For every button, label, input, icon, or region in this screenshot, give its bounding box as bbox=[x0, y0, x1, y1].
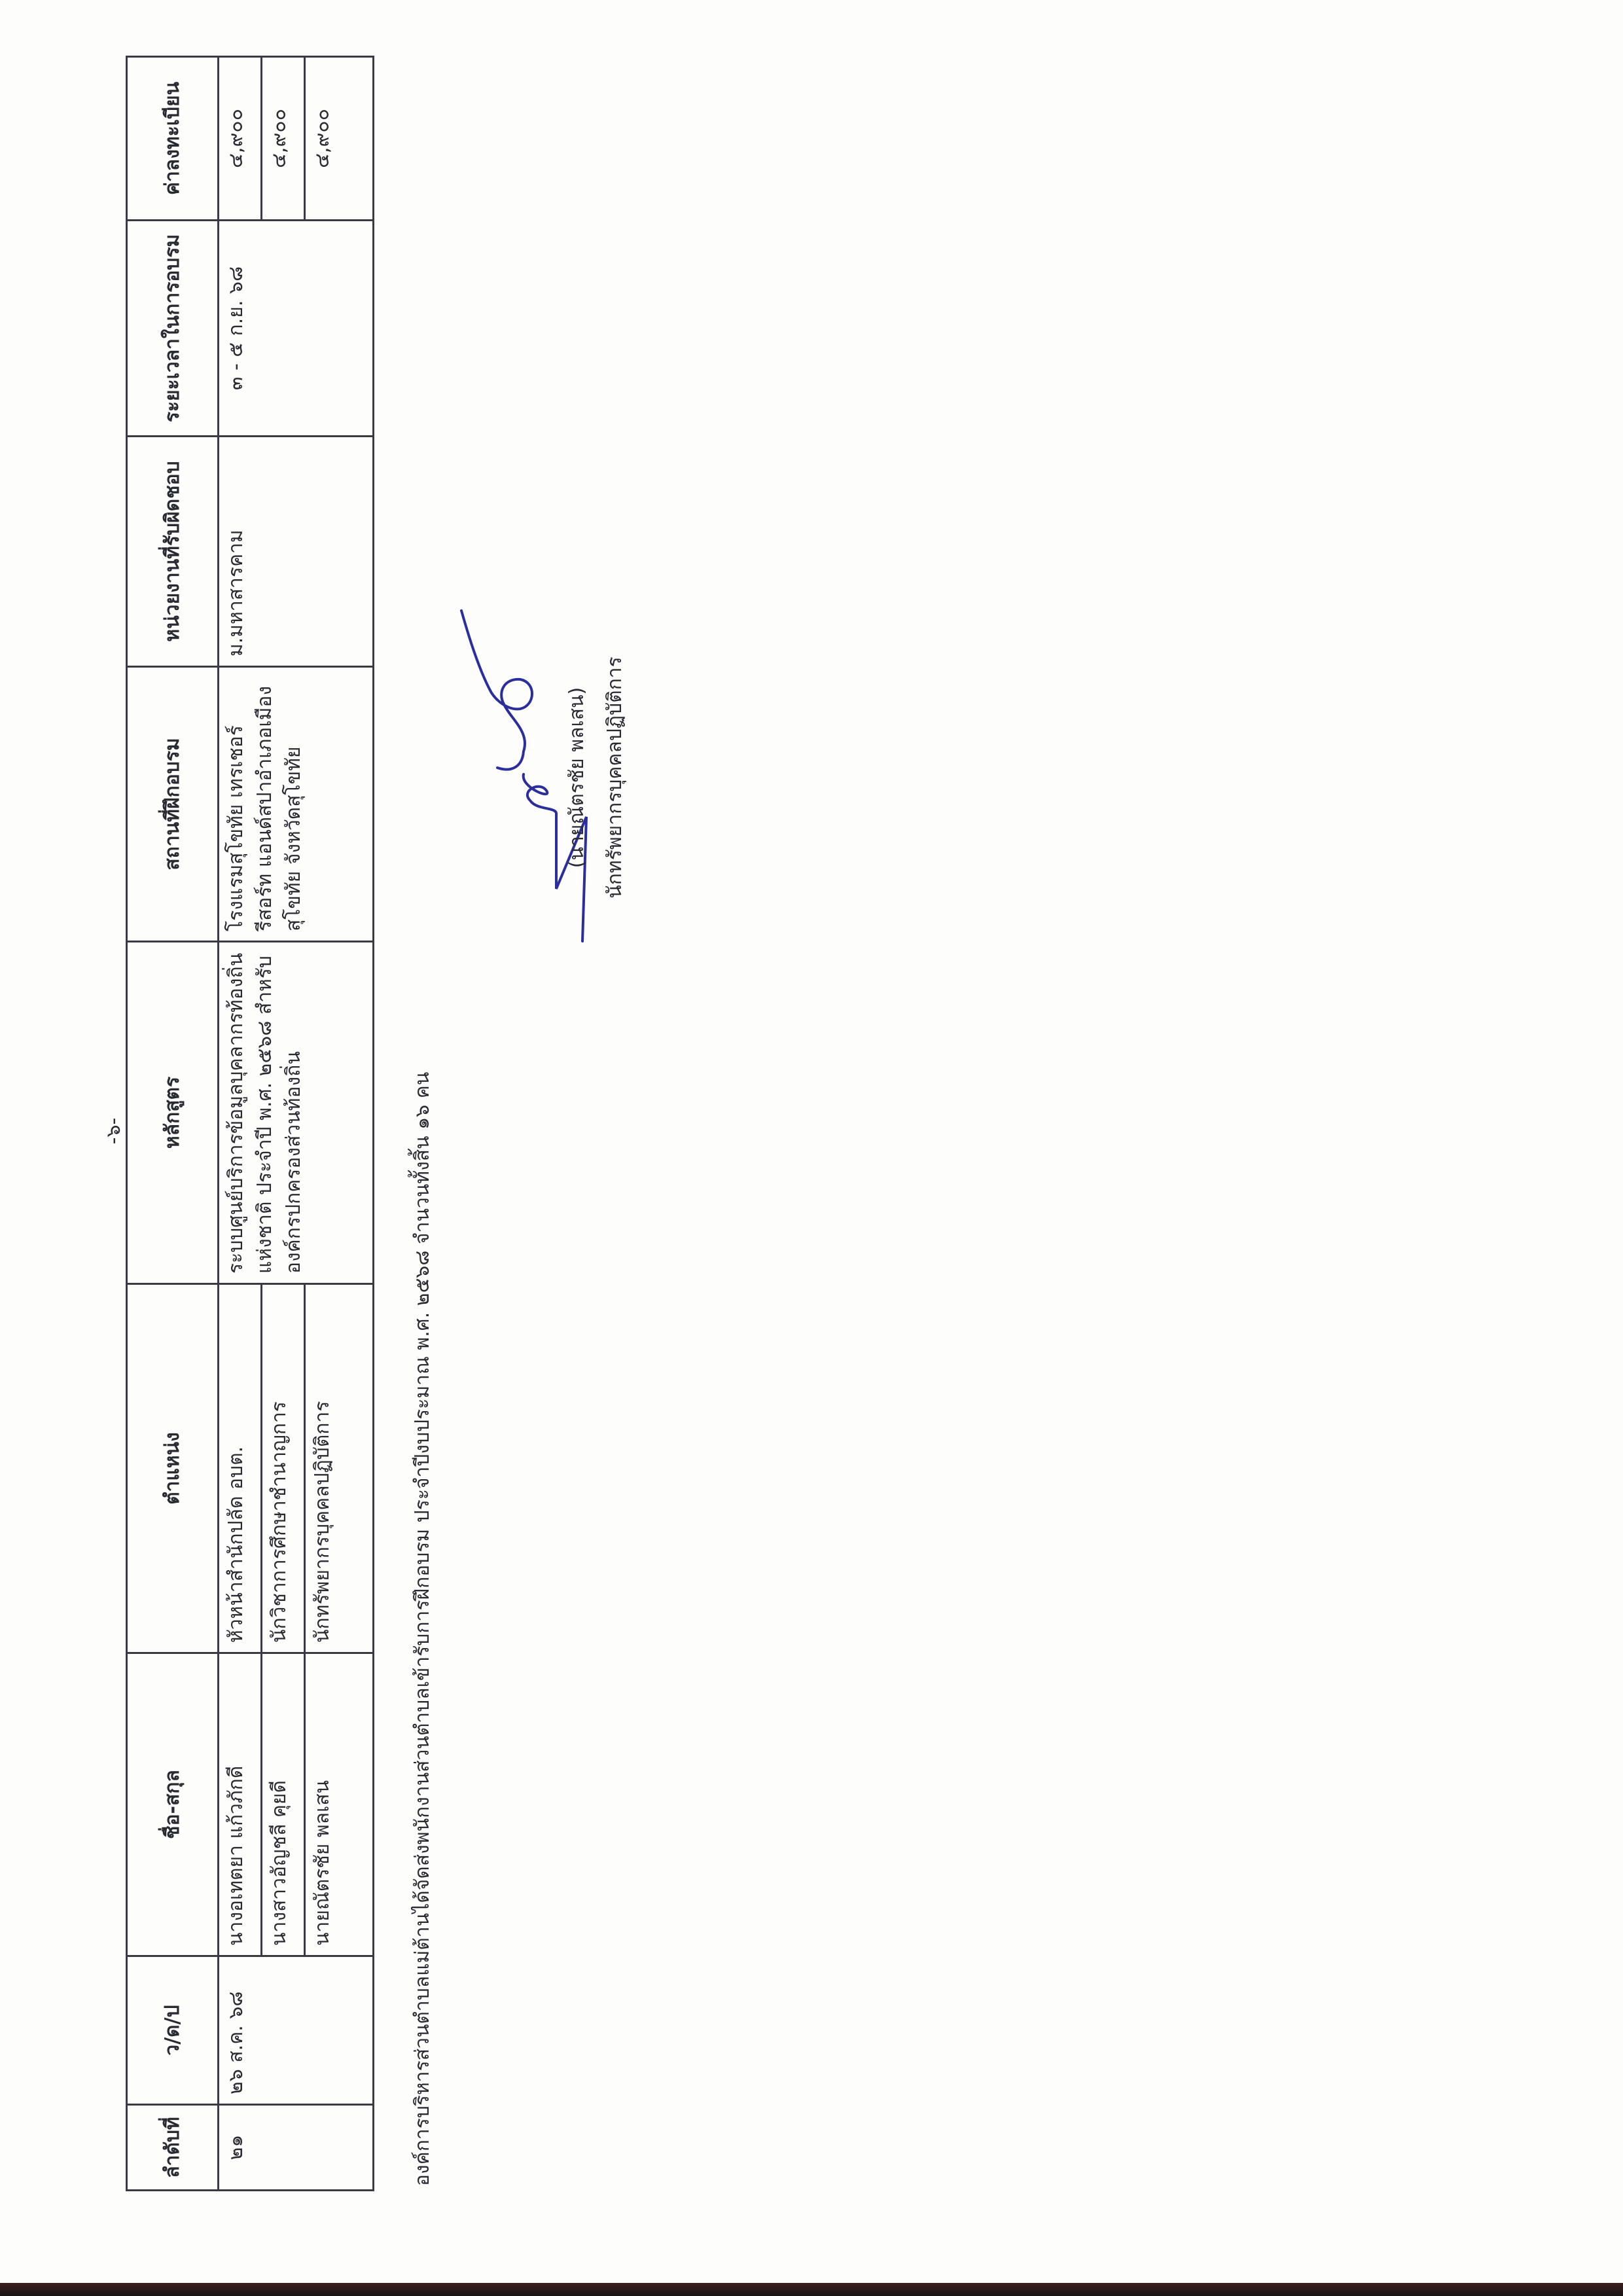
cell-fee: ๔,๙๐๐ bbox=[262, 57, 305, 221]
header-no: ลำดับที่ bbox=[127, 2105, 219, 2191]
cell-name: นางอเทตยา แก้วภักดี bbox=[219, 1653, 262, 1956]
header-venue: สถานที่ฝึกอบรม bbox=[127, 667, 219, 942]
table-row: ๒๑ ๒๖ ส.ค. ๖๘ นางอเทตยา แก้วภักดี หัวหน้… bbox=[219, 57, 262, 2191]
page-number: -๖- bbox=[98, 1105, 129, 1157]
header-course: หลักสูตร bbox=[127, 942, 219, 1284]
header-fee: ค่าลงทะเบียน bbox=[127, 57, 219, 221]
cell-position: นักวิชาการศึกษาชำนาญการ bbox=[262, 1284, 305, 1653]
cell-position: นักทรัพยากรบุคคลปฏิบัติการ bbox=[305, 1284, 374, 1653]
header-duration: ระยะเวลาในการอบรม bbox=[127, 221, 219, 437]
document-page: -๖- ลำดับที่ ว/ด/ป ชื่อ-สกุล ตำแหน่ง หลั… bbox=[0, 0, 1623, 2296]
cell-no: ๒๑ bbox=[219, 2105, 374, 2191]
cell-position: หัวหน้าสำนักปลัด อบต. bbox=[219, 1284, 262, 1653]
cell-organizer: ม.มหาสารคาม bbox=[219, 437, 374, 667]
header-name: ชื่อ-สกุล bbox=[127, 1653, 219, 1956]
cell-fee: ๔,๙๐๐ bbox=[219, 57, 262, 221]
cell-name: นายณัตรชัย พลเสน bbox=[305, 1653, 374, 1956]
cell-name: นางสาวอัญชลี คุยดี bbox=[262, 1653, 305, 1956]
scan-edge bbox=[0, 2283, 1623, 2296]
cell-fee: ๔,๙๐๐ bbox=[305, 57, 374, 221]
cell-venue: โรงแรมสุโขทัย เทรเชอร์ รีสอร์ท แอนด์สปาอ… bbox=[219, 667, 374, 942]
training-register-table: ลำดับที่ ว/ด/ป ชื่อ-สกุล ตำแหน่ง หลักสูต… bbox=[126, 56, 374, 2191]
table-header-row: ลำดับที่ ว/ด/ป ชื่อ-สกุล ตำแหน่ง หลักสูต… bbox=[127, 57, 219, 2191]
signatory-name: (นายณัตรชัย พลเสน) bbox=[562, 594, 592, 961]
summary-note: องค์การบริหารส่วนตำบลแม่ต้านได้จัดส่งพนั… bbox=[407, 1072, 438, 2186]
cell-course: ระบบศูนย์บริการข้อมูลบุคลากรท้องถิ่นแห่ง… bbox=[219, 942, 374, 1284]
signatory-position: นักทรัพยากรบุคคลปฏิบัติการ bbox=[599, 594, 630, 961]
cell-duration: ๓ - ๕ ก.ย. ๖๘ bbox=[219, 221, 374, 437]
header-date: ว/ด/ป bbox=[127, 1956, 219, 2105]
cell-date: ๒๖ ส.ค. ๖๘ bbox=[219, 1956, 374, 2105]
header-position: ตำแหน่ง bbox=[127, 1284, 219, 1653]
header-organizer: หน่วยงานที่รับผิดชอบ bbox=[127, 437, 219, 667]
